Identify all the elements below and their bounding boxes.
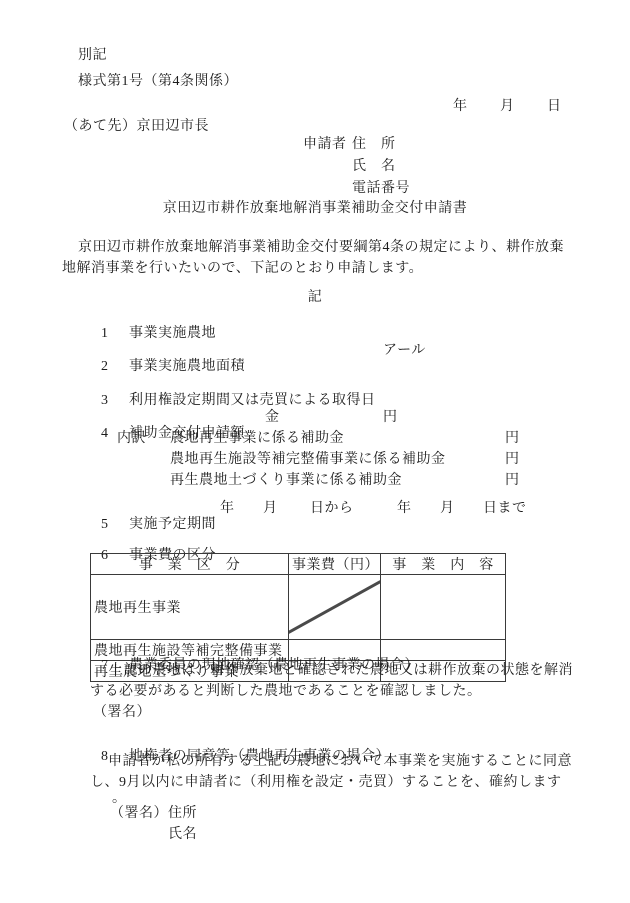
fee-table-header-cost: 事業費（円）	[289, 554, 381, 575]
item-3-number: 3	[101, 393, 129, 409]
fee-row-1-cost-cell	[289, 575, 381, 640]
item-5-to-year-label: 年	[397, 501, 412, 517]
item-1: 1事業実施農地	[62, 310, 599, 342]
date-year-label: 年	[453, 99, 468, 115]
item-4-breakdown-3-yen-label: 円	[505, 473, 520, 489]
item-1-number: 1	[101, 326, 129, 342]
item-3-label: 利用権設定期間又は売買による取得日	[129, 393, 376, 408]
fee-table-header-row: 事 業 区 分 事業費（円） 事 業 内 容	[91, 554, 506, 575]
item-5-label: 実施予定期間	[129, 517, 216, 532]
item-8-signature-name-label: 氏名	[62, 827, 630, 843]
form-number: 様式第1号（第4条関係）	[62, 74, 584, 90]
item-5-from-month-label: 月	[263, 501, 278, 517]
item-4-breakdown-label: 内訳	[117, 431, 146, 447]
item-5-to-day-label: 日まで	[483, 501, 527, 517]
date-month-label: 月	[500, 99, 515, 115]
item-5-to-month-label: 月	[440, 501, 455, 517]
item-7-signature-label: （署名）	[62, 705, 599, 721]
item-5-from-year-label: 年	[220, 501, 235, 517]
applicant-phone-label: 電話番号	[62, 181, 630, 197]
fee-row-1-category: 農地再生事業	[91, 575, 289, 640]
item-4-kin-label: 金	[265, 410, 280, 426]
applicant-label: 申請者	[303, 137, 347, 153]
item-5-from-day-label: 日から	[310, 501, 354, 517]
item-2-number: 2	[101, 359, 129, 375]
item-1-label: 事業実施農地	[129, 326, 216, 341]
applicant-name-label: 氏 名	[62, 159, 630, 175]
item-8-body-line3: 。	[62, 791, 618, 807]
fee-table-header-content: 事 業 内 容	[381, 554, 506, 575]
fee-table-row-1: 農地再生事業	[91, 575, 506, 640]
item-4-breakdown-2-label: 農地再生施設等補完整備事業に係る補助金	[170, 452, 446, 468]
item-8-signature-address-label: （署名）住所	[62, 806, 616, 822]
item-2-label: 事業実施農地面積	[129, 359, 245, 374]
intro-paragraph-line1: 京田辺市耕作放棄地解消事業補助金交付要綱第4条の規定により、耕作放棄	[62, 240, 568, 256]
item-4-breakdown-1-yen-label: 円	[505, 431, 520, 447]
item-3: 3利用権設定期間又は売買による取得日	[62, 377, 599, 409]
document-title: 京田辺市耕作放棄地解消事業補助金交付申請書	[62, 201, 568, 217]
item-8-body-line1: 申請者が私の所有する上記の農地において本事業を実施することに同意	[62, 754, 614, 770]
item-7-body-line1: 上記の農地は、耕作放棄地と確認された農地又は耕作放棄の状態を解消	[62, 663, 615, 679]
application-form-page: { "doc": { "bekki": "別記", "form_no": "様式…	[0, 0, 630, 903]
intro-paragraph-line2: 地解消事業を行いたいので、下記のとおり申請します。	[62, 261, 568, 277]
item-4-breakdown-3-label: 再生農地土づくり事業に係る補助金	[170, 473, 402, 489]
ki-heading: 記	[62, 290, 568, 306]
bekki-note: 別記	[62, 48, 584, 64]
date-day-label: 日	[547, 99, 562, 115]
addressee: （あて先）京田辺市長	[62, 119, 570, 135]
fee-row-1-content	[381, 575, 506, 640]
item-4-breakdown-2-yen-label: 円	[505, 452, 520, 468]
fee-table-header-category: 事 業 区 分	[91, 554, 289, 575]
diagonal-strike-line	[289, 575, 380, 639]
item-2-area-unit-label: アール	[383, 343, 426, 359]
item-4-breakdown-1-label: 農地再生事業に係る補助金	[170, 431, 344, 447]
item-8-body-line2: し、9月以内に申請者に（利用権を設定・売買）することを、確約します	[62, 775, 596, 791]
item-4-yen-label: 円	[383, 410, 398, 426]
item-7-body-line2: する必要があると判断した農地であることを確認しました。	[62, 684, 596, 700]
item-5-number: 5	[101, 517, 129, 533]
applicant-address-label: 住 所	[352, 137, 396, 153]
